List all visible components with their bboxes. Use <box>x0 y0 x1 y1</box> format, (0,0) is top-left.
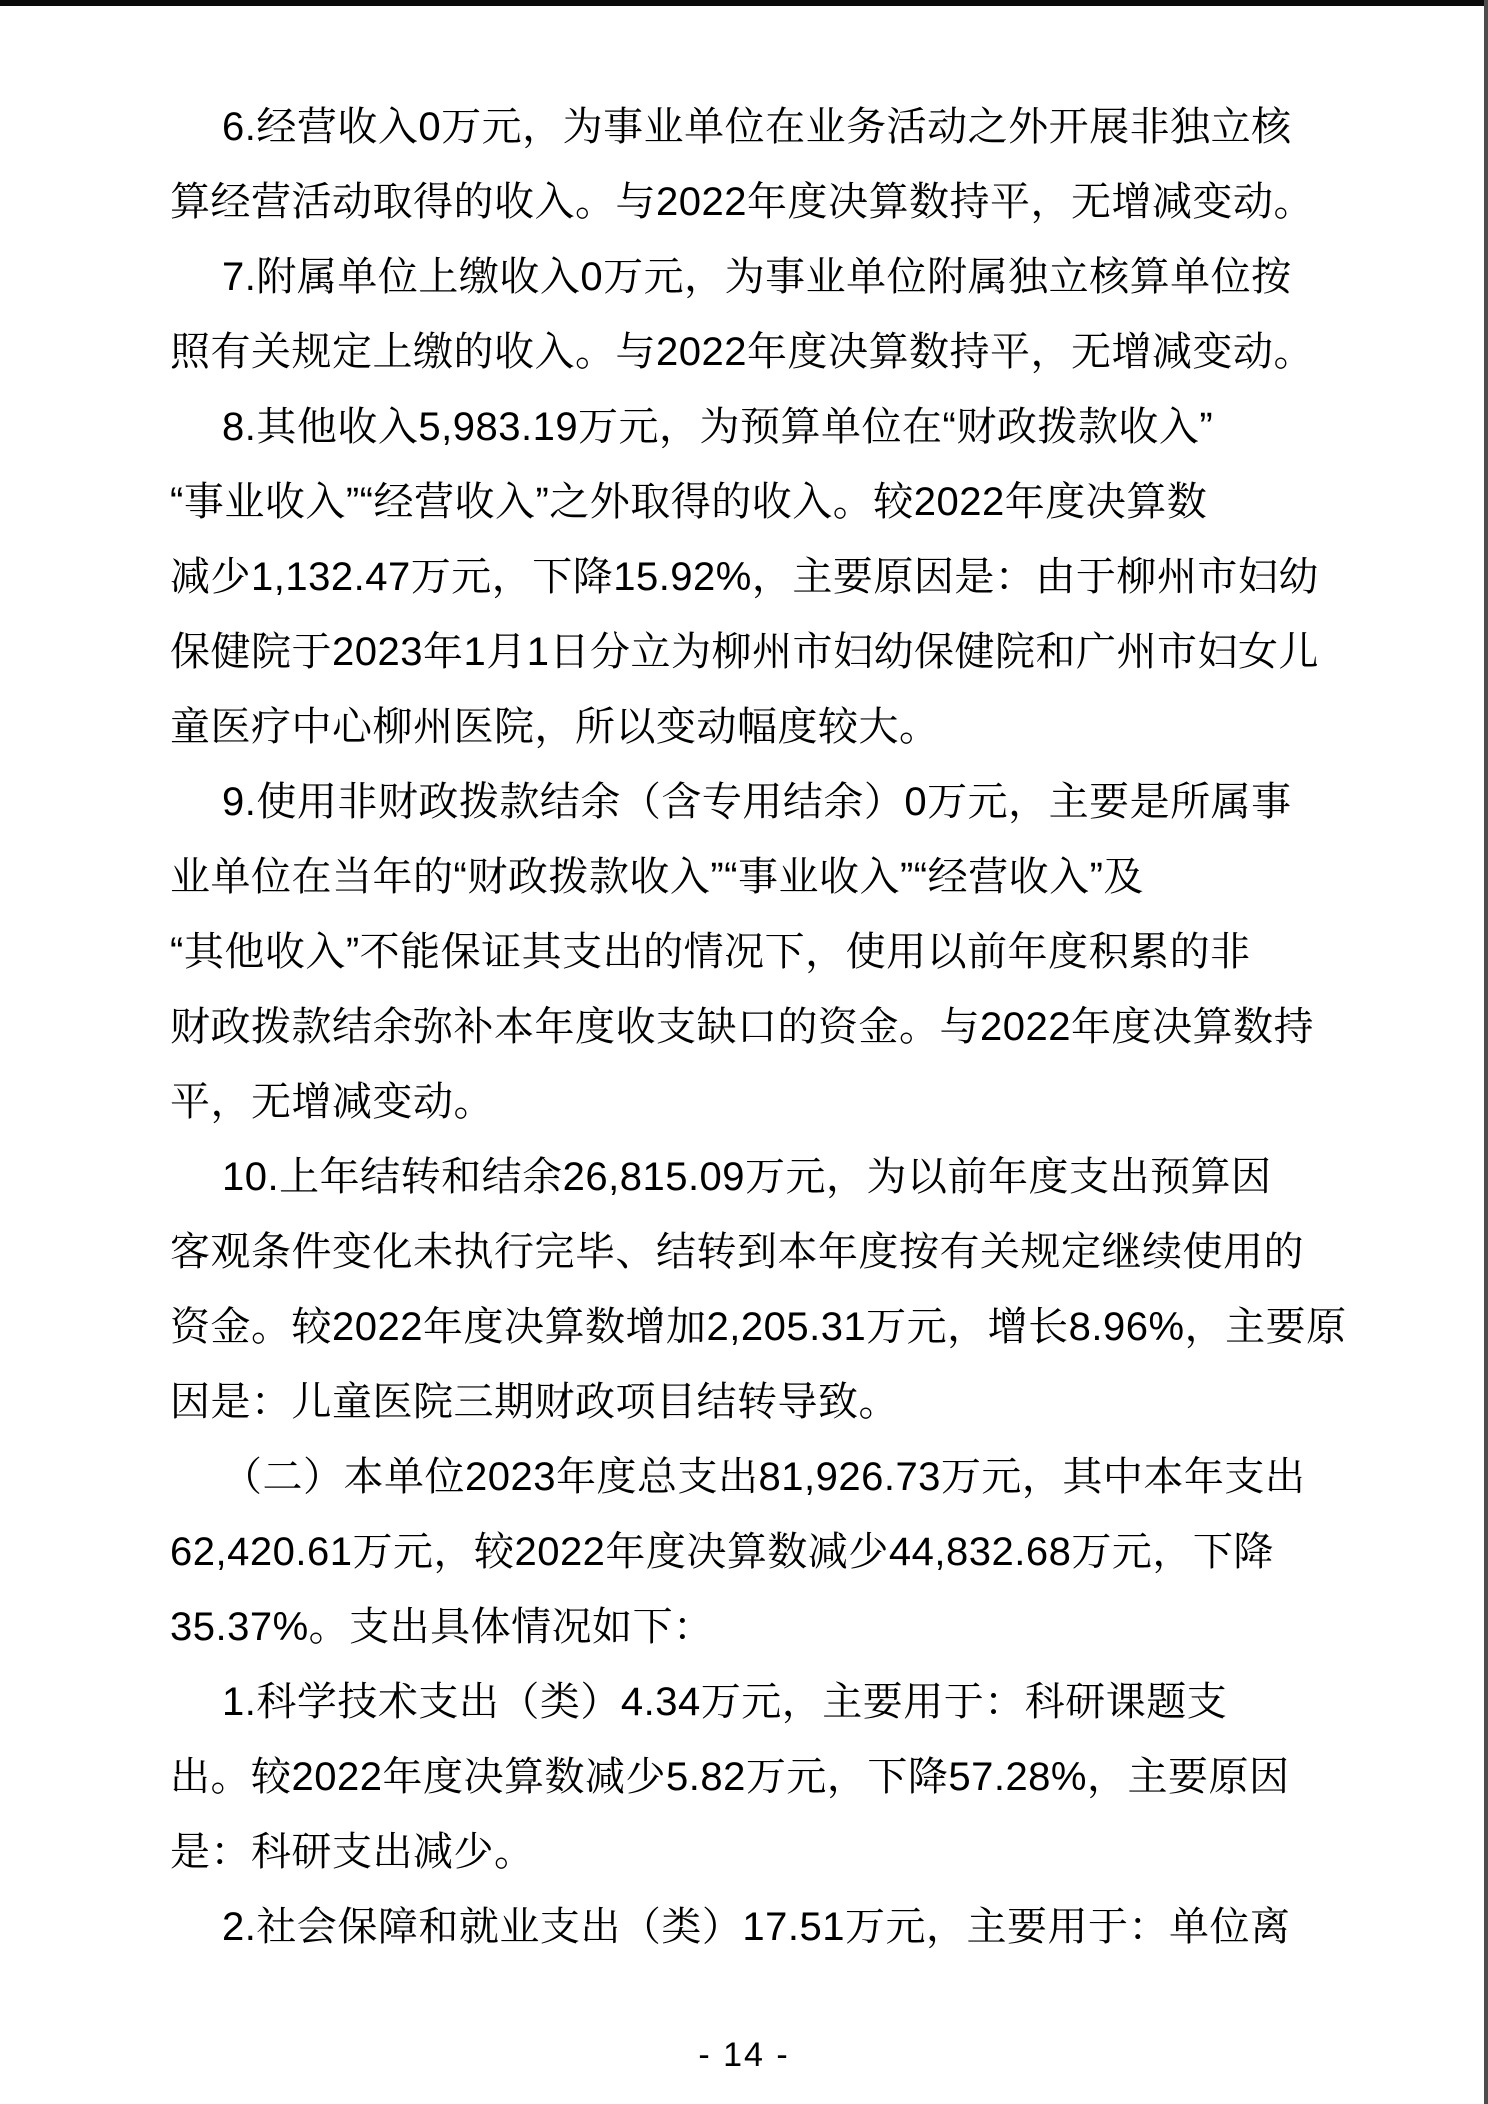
paragraph-line: 62,420.61万元，较2022年度决算数减少44,832.68万元，下降 <box>170 1515 1334 1590</box>
paragraph-line: 算经营活动取得的收入。与2022年度决算数持平，无增减变动。 <box>170 165 1334 240</box>
body-text: 6.经营收入0万元，为事业单位在业务活动之外开展非独立核算经营活动取得的收入。与… <box>170 90 1334 1965</box>
paragraph-line: 6.经营收入0万元，为事业单位在业务活动之外开展非独立核 <box>170 90 1334 165</box>
paragraph-line: 资金。较2022年度决算数增加2,205.31万元，增长8.96%，主要原 <box>170 1290 1334 1365</box>
paragraph-line: 照有关规定上缴的收入。与2022年度决算数持平，无增减变动。 <box>170 315 1334 390</box>
paragraph-line: 是：科研支出减少。 <box>170 1815 1334 1890</box>
paragraph-line: 9.使用非财政拨款结余（含专用结余）0万元，主要是所属事 <box>170 765 1334 840</box>
paragraph-line: 35.37%。支出具体情况如下： <box>170 1590 1334 1665</box>
paragraph-line: （二）本单位2023年度总支出81,926.73万元，其中本年支出 <box>170 1440 1334 1515</box>
paragraph-line: 1.科学技术支出（类）4.34万元，主要用于：科研课题支 <box>170 1665 1334 1740</box>
paragraph-line: 出。较2022年度决算数减少5.82万元，下降57.28%，主要原因 <box>170 1740 1334 1815</box>
paragraph-line: 业单位在当年的“财政拨款收入”“事业收入”“经营收入”及 <box>170 840 1334 915</box>
document-page: 6.经营收入0万元，为事业单位在业务活动之外开展非独立核算经营活动取得的收入。与… <box>0 0 1488 2104</box>
page-number: - 14 - <box>0 2036 1488 2075</box>
paragraph-line: 保健院于2023年1月1日分立为柳州市妇幼保健院和广州市妇女儿 <box>170 615 1334 690</box>
paragraph-line: 8.其他收入5,983.19万元，为预算单位在“财政拨款收入” <box>170 390 1334 465</box>
paragraph-line: “事业收入”“经营收入”之外取得的收入。较2022年度决算数 <box>170 465 1334 540</box>
paragraph-line: 客观条件变化未执行完毕、结转到本年度按有关规定继续使用的 <box>170 1215 1334 1290</box>
paragraph-line: “其他收入”不能保证其支出的情况下，使用以前年度积累的非 <box>170 915 1334 990</box>
paragraph-line: 2.社会保障和就业支出（类）17.51万元，主要用于：单位离 <box>170 1890 1334 1965</box>
scan-edge-top <box>0 0 1488 6</box>
paragraph-line: 平，无增减变动。 <box>170 1065 1334 1140</box>
paragraph-line: 10.上年结转和结余26,815.09万元，为以前年度支出预算因 <box>170 1140 1334 1215</box>
paragraph-line: 童医疗中心柳州医院，所以变动幅度较大。 <box>170 690 1334 765</box>
paragraph-line: 减少1,132.47万元，下降15.92%，主要原因是：由于柳州市妇幼 <box>170 540 1334 615</box>
paragraph-line: 财政拨款结余弥补本年度收支缺口的资金。与2022年度决算数持 <box>170 990 1334 1065</box>
paragraph-line: 因是：儿童医院三期财政项目结转导致。 <box>170 1365 1334 1440</box>
paragraph-line: 7.附属单位上缴收入0万元，为事业单位附属独立核算单位按 <box>170 240 1334 315</box>
scan-edge-right <box>1484 0 1488 2104</box>
